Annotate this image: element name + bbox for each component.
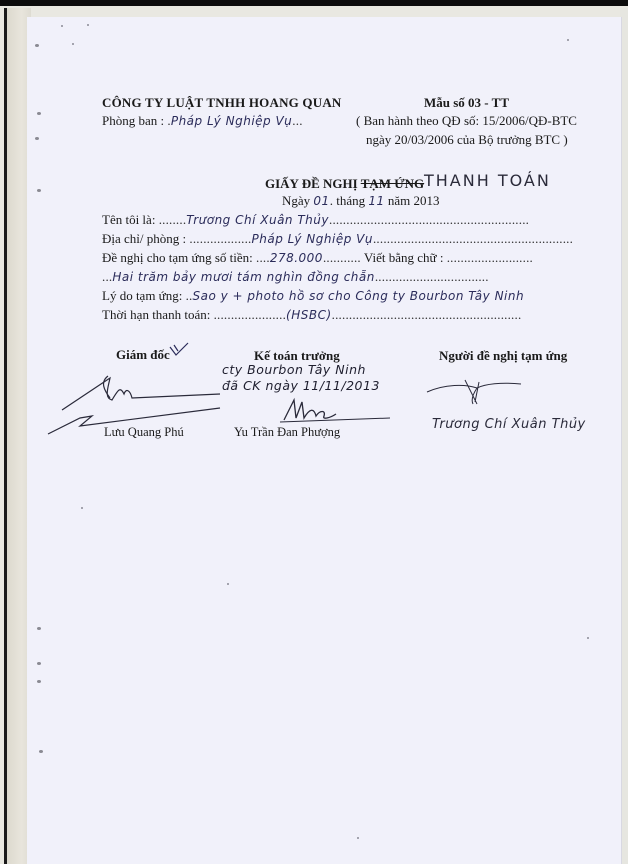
title-handwritten-replacement: THANH TOÁN (424, 171, 551, 190)
director-title: Giám đốc (116, 347, 170, 363)
paper-right-edge (620, 8, 628, 864)
requester-title: Người đề nghị tạm ứng (439, 348, 567, 364)
date-month: 11 (368, 194, 384, 208)
name-value: Trương Chí Xuân Thủy (186, 213, 329, 227)
punch-hole (37, 627, 41, 630)
reason-value: Sao y + photo hồ sơ cho Công ty Bourbon … (193, 289, 525, 303)
date-year: 2013 (414, 193, 440, 208)
department-value: Pháp Lý Nghiệp Vụ (171, 114, 292, 128)
form-code: Mẫu số 03 - TT (424, 95, 509, 111)
director-name: Lưu Quang Phú (104, 425, 184, 440)
department-line: Phòng ban : .Pháp Lý Nghiệp Vụ... (102, 113, 303, 129)
reason-note: (HSBC) (286, 308, 332, 322)
punch-hole (37, 112, 41, 115)
title-struck-text: TẠM ỨNG (361, 176, 424, 191)
punch-hole (39, 750, 43, 753)
company-name: CÔNG TY LUẬT TNHH HOANG QUAN (102, 95, 342, 111)
document-title: GIẤY ĐỀ NGHỊ TẠM ỨNG (265, 176, 424, 192)
punch-hole (37, 680, 41, 683)
amount-value: 278.000 (270, 251, 323, 265)
form-reference-line1: ( Ban hành theo QĐ số: 15/2006/QĐ-BTC (356, 113, 577, 129)
accountant-note-line2: đã CK ngày 11/11/2013 (222, 378, 380, 393)
department-label: Phòng ban : (102, 113, 164, 128)
requester-name: Trương Chí Xuân Thủy (432, 417, 586, 432)
punch-hole (35, 137, 39, 140)
punch-hole (35, 44, 39, 47)
name-field: Tên tôi là: ........Trương Chí Xuân Thủy… (102, 212, 529, 228)
form-reference-line2: ngày 20/03/2006 của Bộ trưởng BTC ) (366, 132, 568, 148)
amount-words-value: Hai trăm bảy mươi tám nghìn đồng chẵn (112, 270, 375, 284)
amount-words-field: ...Hai trăm bảy mươi tám nghìn đồng chẵn… (102, 269, 489, 285)
title-prefix: GIẤY ĐỀ NGHỊ (265, 176, 358, 191)
amount-field: Đề nghị cho tạm ứng số tiền: ....278.000… (102, 250, 533, 266)
date-line: Ngày 01. tháng 11 năm 2013 (282, 193, 440, 209)
accountant-note-line1: cty Bourbon Tây Ninh (222, 362, 366, 377)
punch-hole (37, 662, 41, 665)
approval-check-mark (168, 341, 192, 359)
accountant-signature (280, 396, 400, 426)
address-field: Địa chỉ/ phòng : ..................Pháp … (102, 231, 573, 247)
address-value: Pháp Lý Nghiệp Vụ (252, 232, 373, 246)
accountant-name: Yu Trần Đan Phượng (234, 425, 340, 440)
reason-field: Lý do tạm ứng: ..Sao y + photo hồ sơ cho… (102, 288, 524, 304)
date-day: 01 (313, 194, 329, 208)
requester-signature (425, 378, 525, 408)
punch-hole (37, 189, 41, 192)
due-field: Thời hạn thanh toán: ...................… (102, 307, 521, 323)
